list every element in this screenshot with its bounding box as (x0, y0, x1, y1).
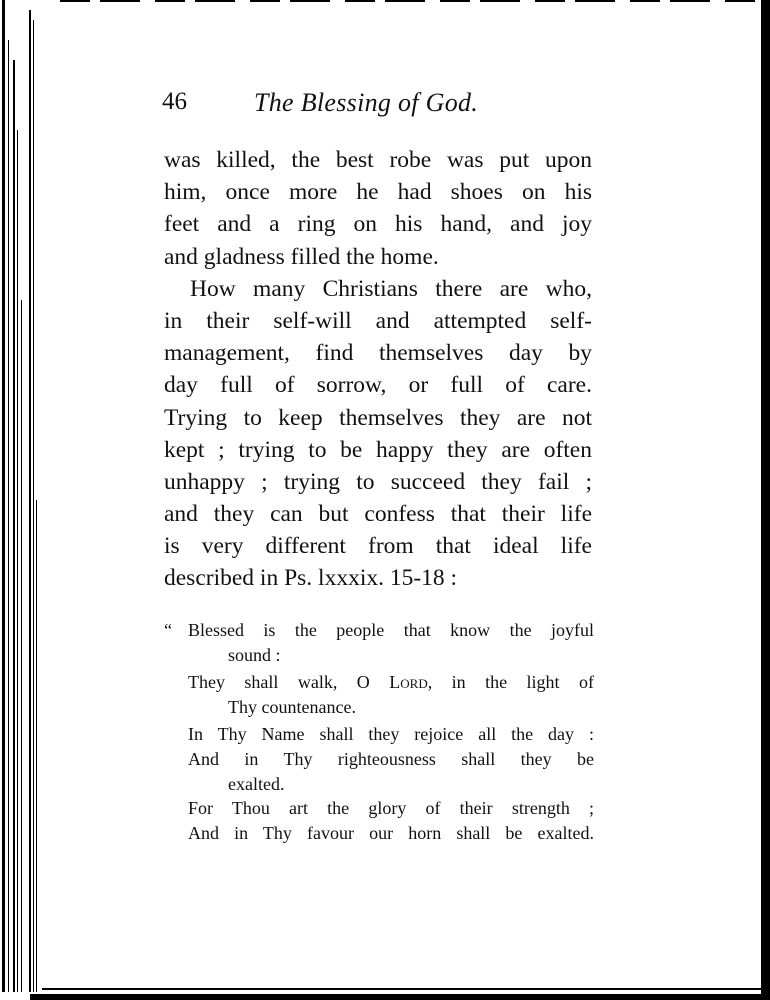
running-title: The Blessing of God. (254, 88, 478, 118)
spine-line (21, 300, 22, 992)
quote-line: They shall walk, O Lord, in the light of (164, 670, 594, 695)
text-line: and gladness filled the home. (164, 241, 592, 273)
spine-line (13, 60, 15, 992)
lord-small-caps: Lord, (389, 672, 432, 692)
quote-text: in the light of (452, 672, 594, 692)
text-line: and they can but confess that their life (164, 498, 592, 530)
page-bottom-edge (30, 994, 770, 1000)
text-line: day full of sorrow, or full of care. (164, 369, 592, 401)
text-line: feet and a ring on his hand, and joy (164, 208, 592, 240)
text-line: was killed, the best robe was put upon (164, 144, 592, 176)
spine-line (29, 10, 31, 992)
page-right-edge (761, 0, 770, 1000)
body-paragraphs: was killed, the best robe was put upon h… (164, 144, 592, 595)
spine-line (17, 130, 18, 992)
quote-line: And in Thy righteousness shall they be (164, 747, 594, 772)
text-line: Trying to keep themselves they are not (164, 402, 592, 434)
quote-line-continuation: Thy countenance. (164, 695, 594, 720)
page-bottom-rule (42, 988, 770, 990)
text-line: unhappy ; trying to succeed they fail ; (164, 466, 592, 498)
page-top-edge (60, 0, 770, 2)
quote-line-continuation: sound : (164, 643, 594, 668)
text-line: is very different from that ideal life (164, 530, 592, 562)
quote-line-continuation: exalted. (164, 772, 594, 797)
text-line: him, once more he had shoes on his (164, 176, 592, 208)
text-line: kept ; trying to be happy they are often (164, 434, 592, 466)
quote-line: In Thy Name shall they rejoice all the d… (164, 722, 594, 747)
text-line: management, find themselves day by (164, 337, 592, 369)
page-number: 46 (162, 88, 187, 116)
text-line: described in Ps. lxxxix. 15-18 : (164, 562, 592, 594)
spine-line (2, 0, 5, 992)
spine-line (33, 20, 34, 992)
spine-line (36, 500, 37, 992)
scanned-book-page: 46 The Blessing of God. was killed, the … (0, 0, 770, 1000)
quote-text: Blessed is the people that know the joyf… (188, 620, 594, 640)
text-line: in their self-will and attempted self- (164, 305, 592, 337)
quote-line: For Thou art the glory of their strength… (164, 796, 594, 821)
psalm-quotation: “Blessed is the people that know the joy… (164, 618, 594, 845)
spine-line (8, 40, 9, 992)
quote-line: And in Thy favour our horn shall be exal… (164, 821, 594, 846)
open-quote-mark: “ (164, 618, 188, 643)
running-head: 46 The Blessing of God. (162, 88, 592, 122)
quote-text: They shall walk, O (188, 672, 389, 692)
quote-line: “Blessed is the people that know the joy… (164, 618, 594, 643)
text-line: How many Christians there are who, (164, 273, 592, 305)
